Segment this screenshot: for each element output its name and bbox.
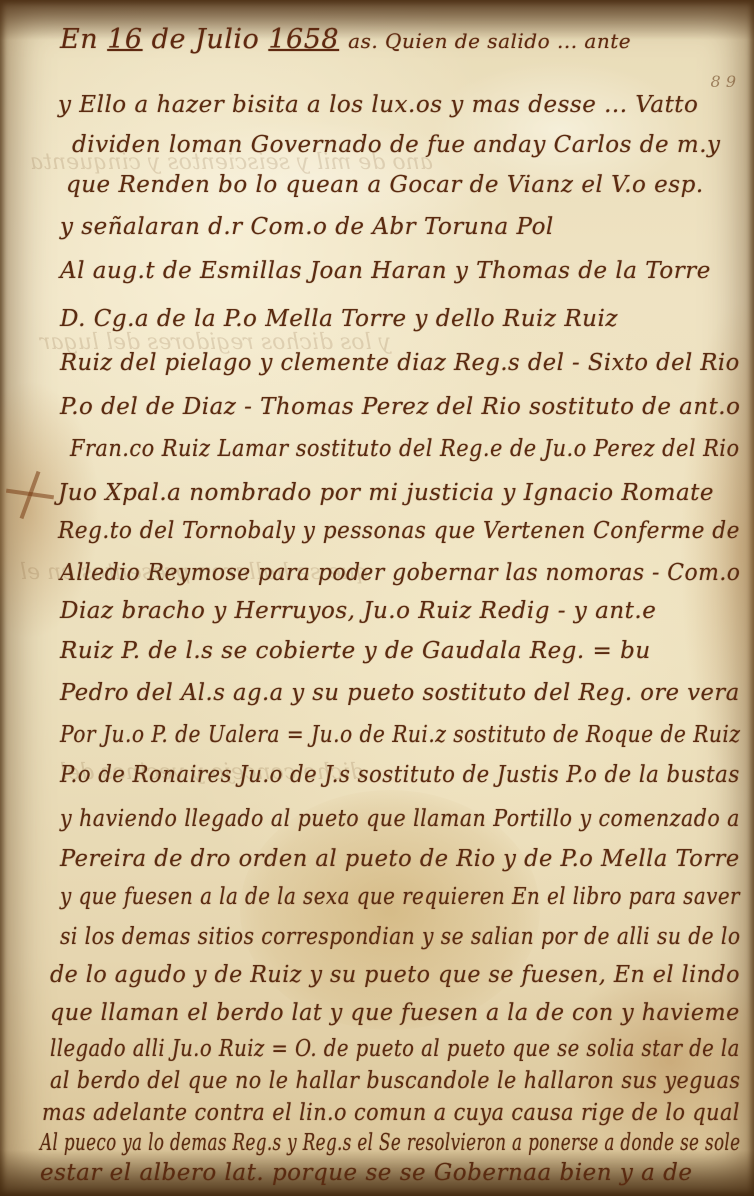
text-line: Fran.co Ruiz Lamar sostituto del Reg.e d… xyxy=(70,436,740,462)
text-line: Al aug.t de Esmillas Joan Haran y Thomas… xyxy=(60,258,711,284)
text-line: Alledio Reymose para poder gobernar las … xyxy=(60,560,740,586)
heading-year: 1658 xyxy=(268,24,339,55)
text-line: mas adelante contra el lin.o comun a cuy… xyxy=(42,1100,740,1126)
heading-line: En 16 de Julio 1658 as. Quien de salido … xyxy=(60,24,631,55)
text-line: Al pueco ya lo demas Reg.s y Reg.s el Se… xyxy=(40,1130,740,1156)
text-line: llegado alli Ju.o Ruiz = O. de pueto al … xyxy=(50,1036,740,1062)
text-line: Pereira de dro orden al pueto de Rio y d… xyxy=(60,846,740,872)
text-line: Pedro del Al.s ag.a y su pueto sostituto… xyxy=(60,680,740,706)
text-line: Juo Xpal.a nombrado por mi justicia y Ig… xyxy=(58,480,714,506)
text-line: y Ello a hazer bisita a los lux.os y mas… xyxy=(58,92,698,118)
margin-cross-mark xyxy=(6,470,52,520)
text-line: P.o del de Diaz - Thomas Perez del Rio s… xyxy=(60,394,740,420)
heading-prefix: En xyxy=(60,24,98,55)
text-line: Por Ju.o P. de Ualera = Ju.o de Rui.z so… xyxy=(60,722,740,748)
text-line: y señalaran d.r Com.o de Abr Toruna Pol xyxy=(60,214,554,240)
text-line: dividen loman Governado de fue anday Car… xyxy=(72,132,721,158)
text-line: y haviendo llegado al pueto que llaman P… xyxy=(60,806,740,832)
text-line: que Renden bo lo quean a Gocar de Vianz … xyxy=(66,172,704,198)
folio-number: 8 9 xyxy=(711,72,736,91)
text-line: D. Cg.a de la P.o Mella Torre y dello Ru… xyxy=(60,306,618,332)
text-line: si los demas sitios correspondian y se s… xyxy=(60,924,740,950)
manuscript-page: ano de mil y seiscientos y cinquenta y l… xyxy=(0,0,754,1196)
text-line: de lo agudo y de Ruiz y su pueto que se … xyxy=(50,962,740,988)
text-line: Diaz bracho y Herruyos, Ju.o Ruiz Redig … xyxy=(60,598,656,624)
text-line: Ruiz P. de l.s se cobierte y de Gaudala … xyxy=(60,638,651,664)
heading-suffix: as. Quien de salido ... ante xyxy=(348,29,631,53)
heading-day: 16 xyxy=(107,24,142,55)
heading-month: de Julio xyxy=(152,24,260,55)
text-line: estar el albero lat. porque se se Gobern… xyxy=(40,1160,693,1186)
text-line: que llaman el berdo lat y que fuesen a l… xyxy=(50,1000,740,1026)
text-line: P.o de Ronaires Ju.o de J.s sostituto de… xyxy=(60,762,740,788)
text-line: Ruiz del pielago y clemente diaz Reg.s d… xyxy=(60,350,740,376)
text-line: y que fuesen a la de la sexa que requier… xyxy=(60,884,740,910)
text-line: al berdo del que no le hallar buscandole… xyxy=(50,1068,741,1094)
text-line: Reg.to del Tornobaly y pessonas que Vert… xyxy=(58,518,740,544)
